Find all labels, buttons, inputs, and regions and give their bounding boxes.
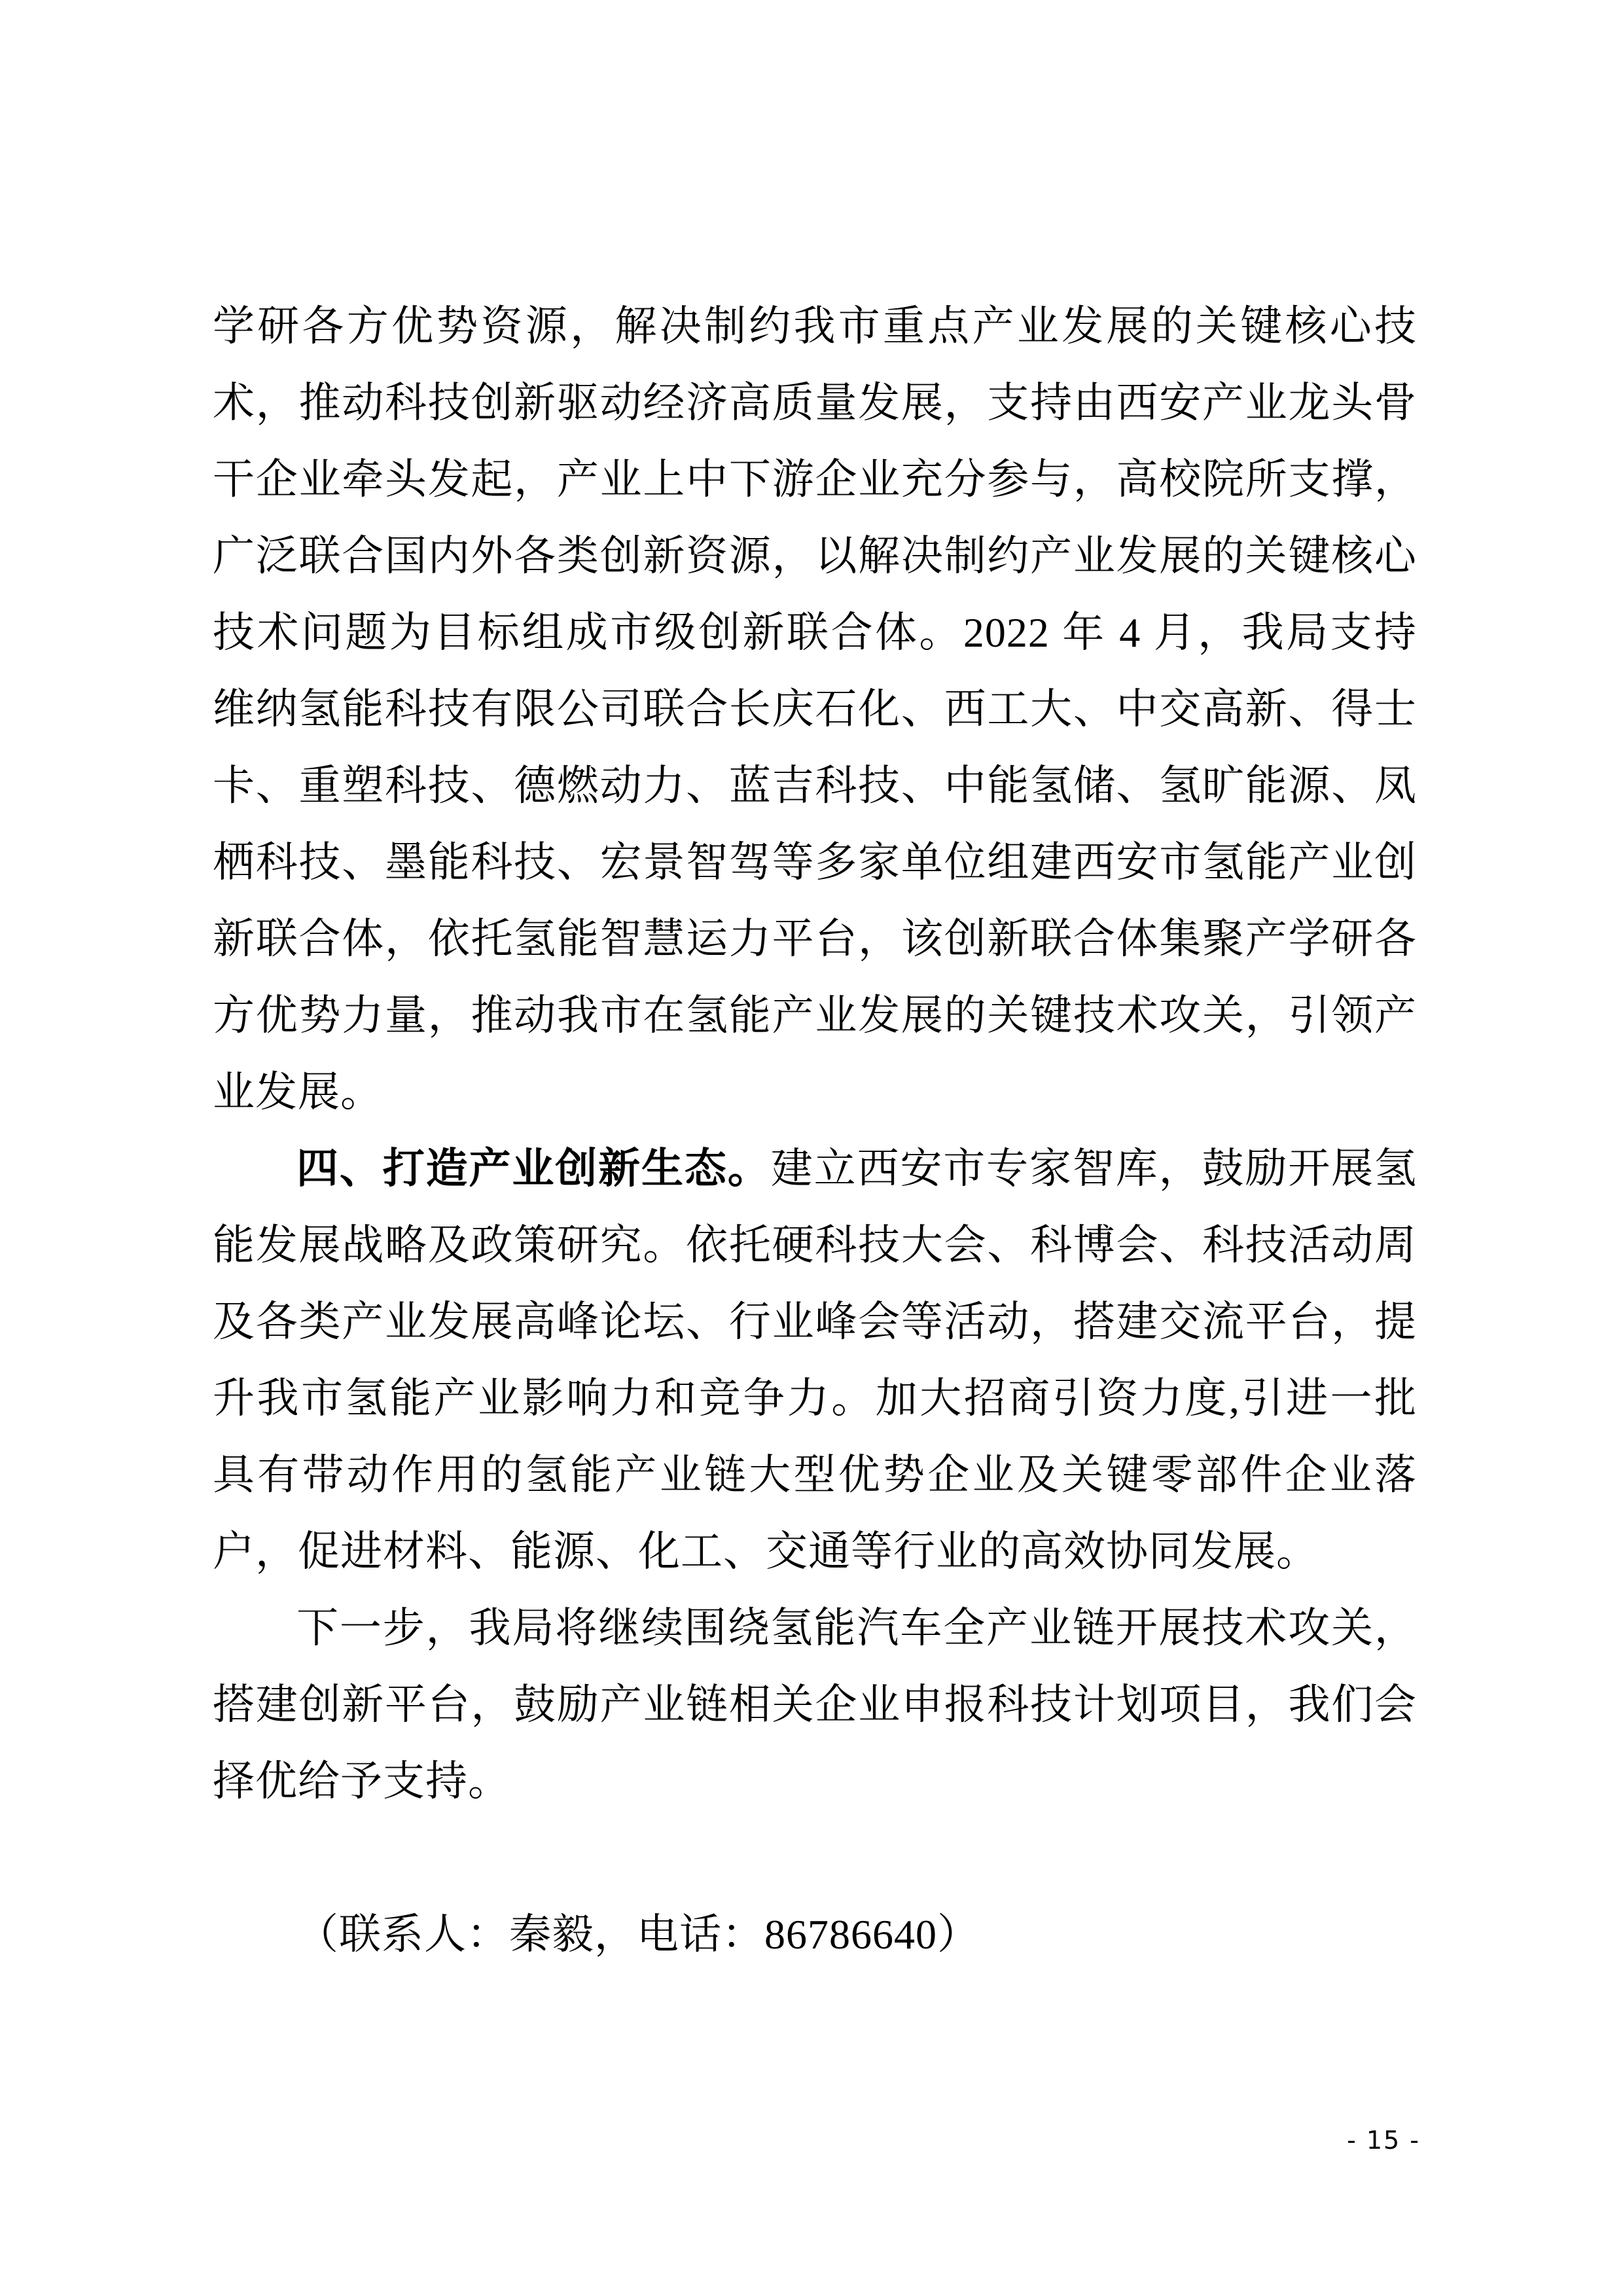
text-line: 广泛联合国内外各类创新资源，以解决制约产业发展的关键核心 <box>213 518 1417 594</box>
text-line: （联系人：秦毅，电话：86786640） <box>213 1896 1417 1973</box>
text-line: 栖科技、墨能科技、宏景智驾等多家单位组建西安市氢能产业创 <box>213 824 1417 901</box>
document-page: 学研各方优势资源，解决制约我市重点产业发展的关键核心技术，推动科技创新驱动经济高… <box>0 0 1623 2296</box>
page-number: - 15 - <box>1347 2126 1420 2155</box>
line-text: 栖科技、墨能科技、宏景智驾等多家单位组建西安市氢能产业创 <box>213 839 1417 886</box>
line-text: 方优势力量，推动我市在氢能产业发展的关键技术攻关，引领产 <box>213 992 1417 1039</box>
text-line: 及各类产业发展高峰论坛、行业峰会等活动，搭建交流平台，提 <box>213 1283 1417 1360</box>
line-text: 下一步，我局将继续围绕氢能汽车全产业链开展技术攻关， <box>296 1605 1417 1651</box>
line-text: 具有带动作用的氢能产业链大型优势企业及关键零部件企业落 <box>213 1452 1417 1498</box>
line-text: 技术问题为目标组成市级创新联合体。2022 年 4 月，我局支持 <box>213 609 1417 656</box>
text-line: 方优势力量，推动我市在氢能产业发展的关键技术攻关，引领产 <box>213 977 1417 1054</box>
text-line: 新联合体，依托氢能智慧运力平台，该创新联合体集聚产学研各 <box>213 901 1417 977</box>
line-text: 业发展。 <box>213 1069 383 1115</box>
text-line: 四、打造产业创新生态。建立西安市专家智库，鼓励开展氢 <box>213 1130 1417 1207</box>
text-line: 卡、重塑科技、德燃动力、蓝吉科技、中能氢储、氢旷能源、凤 <box>213 747 1417 824</box>
text-line: 具有带动作用的氢能产业链大型优势企业及关键零部件企业落 <box>213 1437 1417 1513</box>
line-text: 卡、重塑科技、德燃动力、蓝吉科技、中能氢储、氢旷能源、凤 <box>213 762 1417 809</box>
line-text: 干企业牵头发起，产业上中下游企业充分参与，高校院所支撑， <box>213 456 1417 503</box>
text-line: 术，推动科技创新驱动经济高质量发展，支持由西安产业龙头骨 <box>213 365 1417 441</box>
line-text: 能发展战略及政策研究。依托硬科技大会、科博会、科技活动周 <box>213 1222 1417 1268</box>
line-text: 新联合体，依托氢能智慧运力平台，该创新联合体集聚产学研各 <box>213 916 1417 962</box>
line-text: 搭建创新平台，鼓励产业链相关企业申报科技计划项目，我们会 <box>213 1681 1417 1728</box>
blank-line <box>213 1820 1417 1896</box>
line-text: 学研各方优势资源，解决制约我市重点产业发展的关键核心技 <box>213 303 1417 350</box>
line-text: 术，推动科技创新驱动经济高质量发展，支持由西安产业龙头骨 <box>213 380 1417 426</box>
line-text: 维纳氢能科技有限公司联合长庆石化、西工大、中交高新、得士 <box>213 686 1417 732</box>
line-text: 建立西安市专家智库，鼓励开展氢 <box>771 1145 1417 1192</box>
text-line: 搭建创新平台，鼓励产业链相关企业申报科技计划项目，我们会 <box>213 1666 1417 1743</box>
line-text: 升我市氢能产业影响力和竞争力。加大招商引资力度,引进一批 <box>213 1375 1417 1422</box>
text-line: 户，促进材料、能源、化工、交通等行业的高效协同发展。 <box>213 1513 1417 1590</box>
text-line: 技术问题为目标组成市级创新联合体。2022 年 4 月，我局支持 <box>213 594 1417 671</box>
text-line: 业发展。 <box>213 1054 1417 1130</box>
line-text: 择优给予支持。 <box>213 1758 510 1804</box>
section-heading: 四、打造产业创新生态。 <box>296 1145 771 1192</box>
line-text: 户，促进材料、能源、化工、交通等行业的高效协同发展。 <box>213 1528 1319 1575</box>
text-line: 择优给予支持。 <box>213 1743 1417 1820</box>
text-line: 升我市氢能产业影响力和竞争力。加大招商引资力度,引进一批 <box>213 1360 1417 1437</box>
text-line: 能发展战略及政策研究。依托硬科技大会、科博会、科技活动周 <box>213 1207 1417 1283</box>
line-text: （联系人：秦毅，电话：86786640） <box>296 1911 980 1958</box>
body-text: 学研各方优势资源，解决制约我市重点产业发展的关键核心技术，推动科技创新驱动经济高… <box>213 288 1417 1973</box>
text-line: 维纳氢能科技有限公司联合长庆石化、西工大、中交高新、得士 <box>213 671 1417 747</box>
text-line: 干企业牵头发起，产业上中下游企业充分参与，高校院所支撑， <box>213 441 1417 518</box>
text-line: 学研各方优势资源，解决制约我市重点产业发展的关键核心技 <box>213 288 1417 365</box>
text-line: 下一步，我局将继续围绕氢能汽车全产业链开展技术攻关， <box>213 1590 1417 1666</box>
line-text: 广泛联合国内外各类创新资源，以解决制约产业发展的关键核心 <box>213 533 1417 579</box>
line-text: 及各类产业发展高峰论坛、行业峰会等活动，搭建交流平台，提 <box>213 1299 1417 1345</box>
